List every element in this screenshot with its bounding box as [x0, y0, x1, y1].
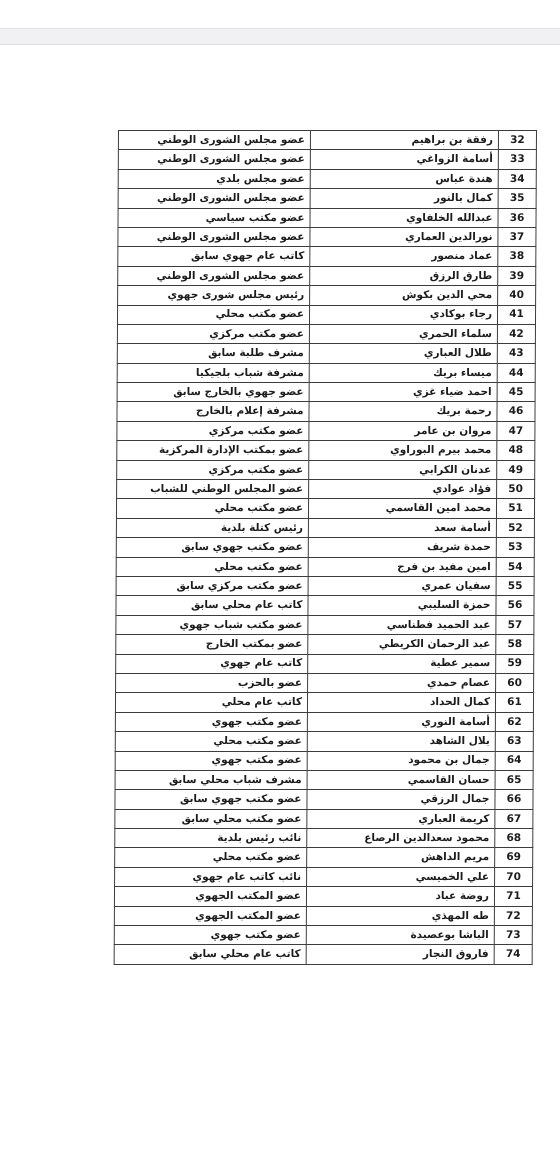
row-number-cell: 65	[495, 770, 533, 789]
members-roster-table: 32رفقة بن براهيمعضو مجلس الشورى الوطني33…	[114, 130, 537, 965]
table-row: 41رجاء بوكاديعضو مكتب محلي	[117, 305, 535, 324]
member-role-cell: عضو بمكتب الإدارة المركزية	[117, 441, 309, 460]
member-role-cell: عضو مكتب مركزي	[117, 421, 309, 440]
member-name-cell: حمزة السليبي	[308, 596, 496, 615]
row-number-cell: 70	[495, 867, 533, 886]
row-number-cell: 39	[498, 266, 536, 285]
table-row: 37نورالدين العماريعضو مجلس الشورى الوطني	[118, 227, 536, 246]
row-number-cell: 57	[496, 615, 534, 634]
member-name-cell: مروان بن عامر	[309, 421, 497, 440]
row-number-cell: 59	[496, 654, 534, 673]
member-role-cell: عضو مكتب سياسي	[118, 208, 310, 227]
table-row: 38عماد منصوركاتب عام جهوي سابق	[118, 247, 536, 266]
member-role-cell: كاتب عام جهوي	[116, 654, 308, 673]
row-number-cell: 32	[498, 131, 536, 150]
row-number-cell: 36	[498, 208, 536, 227]
row-number-cell: 74	[494, 945, 532, 964]
member-role-cell: مشرف شباب محلي سابق	[115, 770, 307, 789]
member-role-cell: عضو مجلس الشورى الوطني	[118, 266, 310, 285]
row-number-cell: 68	[495, 829, 533, 848]
table-row: 32رفقة بن براهيمعضو مجلس الشورى الوطني	[118, 131, 536, 150]
row-number-cell: 38	[498, 247, 536, 266]
table-row: 48محمد بيرم البوراويعضو بمكتب الإدارة ال…	[117, 441, 535, 460]
table-row: 63بلال الشاهدعضو مكتب محلي	[115, 732, 533, 751]
row-number-cell: 61	[495, 693, 533, 712]
member-role-cell: كاتب عام جهوي سابق	[118, 247, 310, 266]
member-name-cell: رجاء بوكادي	[309, 305, 497, 324]
row-number-cell: 50	[497, 480, 535, 499]
row-number-cell: 71	[494, 887, 532, 906]
row-number-cell: 44	[497, 363, 535, 382]
table-row: 53حمدة شريفعضو مكتب جهوي سابق	[116, 538, 534, 557]
table-row: 39طارق الرزقعضو مجلس الشورى الوطني	[118, 266, 536, 285]
member-name-cell: علي الخميسي	[307, 867, 495, 886]
member-role-cell: عضو مجلس الشورى الوطني	[118, 131, 310, 150]
table-row: 57عبد الحميد فطناسيعضو مكتب شباب جهوي	[116, 615, 534, 634]
member-name-cell: طلال العباري	[309, 344, 497, 363]
table-row: 68محمود سعدالدين الرصاعنائب رئيس بلدية	[115, 829, 533, 848]
row-number-cell: 58	[496, 635, 534, 654]
member-name-cell: محي الدين بكوش	[310, 286, 498, 305]
row-number-cell: 67	[495, 809, 533, 828]
member-name-cell: طه المهذي	[306, 906, 494, 925]
row-number-cell: 73	[494, 926, 532, 945]
member-name-cell: مريم الداهش	[307, 848, 495, 867]
row-number-cell: 45	[497, 383, 535, 402]
table-row: 33أسامة الزواغيعضو مجلس الشورى الوطني	[118, 150, 536, 169]
member-role-cell: عضو مكتب مركزي سابق	[116, 576, 308, 595]
member-role-cell: نائب كاتب عام جهوي	[115, 867, 307, 886]
table-row: 62أسامة النوريعضو مكتب جهوي	[115, 712, 533, 731]
table-row: 56حمزة السليبيكاتب عام محلي سابق	[116, 596, 534, 615]
member-role-cell: مشرفة إعلام بالخارج	[117, 402, 309, 421]
table-row: 50فؤاد عواديعضو المجلس الوطني للشباب	[117, 480, 535, 499]
member-name-cell: سفيان عمري	[308, 576, 496, 595]
member-role-cell: عضو مجلس الشورى الوطني	[118, 150, 310, 169]
row-number-cell: 56	[496, 596, 534, 615]
member-name-cell: عبدالله الخلفاوي	[310, 208, 498, 227]
table-row: 59سمير عطيةكاتب عام جهوي	[116, 654, 534, 673]
member-role-cell: عضو المجلس الوطني للشباب	[117, 480, 309, 499]
row-number-cell: 72	[494, 906, 532, 925]
scanned-document-page: 32رفقة بن براهيمعضو مجلس الشورى الوطني33…	[114, 130, 536, 965]
member-role-cell: كاتب عام محلي	[115, 693, 307, 712]
member-role-cell: عضو مكتب جهوي	[114, 926, 306, 945]
member-name-cell: سمير عطية	[308, 654, 496, 673]
member-role-cell: نائب رئيس بلدية	[115, 829, 307, 848]
table-row: 54امين مفيد بن فرجعضو مكتب محلي	[116, 557, 534, 576]
member-role-cell: عضو المكتب الجهوي	[114, 887, 306, 906]
table-row: 36عبدالله الخلفاويعضو مكتب سياسي	[118, 208, 536, 227]
member-name-cell: محمود سعدالدين الرصاع	[307, 829, 495, 848]
member-role-cell: عضو مكتب مركزي	[117, 460, 309, 479]
member-role-cell: عضو مكتب شباب جهوي	[116, 615, 308, 634]
member-name-cell: نورالدين العماري	[310, 227, 498, 246]
table-row: 69مريم الداهشعضو مكتب محلي	[115, 848, 533, 867]
member-role-cell: عضو مكتب محلي	[115, 732, 307, 751]
member-role-cell: عضو مجلس بلدي	[118, 169, 310, 188]
member-role-cell: عضو مكتب جهوي	[115, 712, 307, 731]
member-name-cell: هندة عباس	[310, 169, 498, 188]
member-name-cell: عماد منصور	[310, 247, 498, 266]
row-number-cell: 64	[495, 751, 533, 770]
row-number-cell: 66	[495, 790, 533, 809]
member-role-cell: عضو مكتب محلي سابق	[115, 809, 307, 828]
member-role-cell: عضو مكتب جهوي سابق	[115, 790, 307, 809]
table-row: 40محي الدين بكوشرئيس مجلس شورى جهوي	[118, 286, 536, 305]
member-name-cell: كمال بالنور	[310, 189, 498, 208]
row-number-cell: 55	[496, 576, 534, 595]
table-row: 55سفيان عمريعضو مكتب مركزي سابق	[116, 576, 534, 595]
row-number-cell: 69	[495, 848, 533, 867]
member-name-cell: فاروق النجار	[306, 945, 494, 964]
member-name-cell: سلماء الحمري	[309, 324, 497, 343]
member-role-cell: عضو المكتب الجهوي	[114, 906, 306, 925]
member-role-cell: رئيس مجلس شورى جهوي	[118, 286, 310, 305]
row-number-cell: 60	[496, 673, 534, 692]
table-row: 73الباشا بوعصيدةعضو مكتب جهوي	[114, 926, 532, 945]
row-number-cell: 49	[497, 460, 535, 479]
member-role-cell: كاتب عام محلي سابق	[114, 945, 306, 964]
table-row: 72طه المهذيعضو المكتب الجهوي	[114, 906, 532, 925]
table-row: 34هندة عباسعضو مجلس بلدي	[118, 169, 536, 188]
member-role-cell: عضو مكتب محلي	[116, 557, 308, 576]
row-number-cell: 46	[497, 402, 535, 421]
table-row: 51محمد امين القاسميعضو مكتب محلي	[116, 499, 534, 518]
member-role-cell: عضو مكتب جهوي سابق	[116, 538, 308, 557]
table-row: 47مروان بن عامرعضو مكتب مركزي	[117, 421, 535, 440]
chrome-strip	[0, 28, 560, 45]
member-name-cell: أسامة النوري	[307, 712, 495, 731]
member-role-cell: عضو مكتب مركزي	[117, 324, 309, 343]
row-number-cell: 63	[495, 732, 533, 751]
row-number-cell: 51	[496, 499, 534, 518]
table-row: 66جمال الرزقيعضو مكتب جهوي سابق	[115, 790, 533, 809]
table-row: 52أسامة سعدرئيس كتلة بلدية	[116, 518, 534, 537]
member-name-cell: كمال الحداد	[307, 693, 495, 712]
member-name-cell: محمد امين القاسمي	[308, 499, 496, 518]
row-number-cell: 48	[497, 441, 535, 460]
member-name-cell: احمد ضياء غزي	[309, 383, 497, 402]
table-row: 71روضة عبادعضو المكتب الجهوي	[114, 887, 532, 906]
member-name-cell: بلال الشاهد	[307, 732, 495, 751]
member-name-cell: أسامة سعد	[308, 518, 496, 537]
member-role-cell: رئيس كتلة بلدية	[116, 518, 308, 537]
member-role-cell: عضو مكتب محلي	[117, 305, 309, 324]
table-row: 43طلال العباريمشرف طلبة سابق	[117, 344, 535, 363]
member-name-cell: حمدة شريف	[308, 538, 496, 557]
member-role-cell: عضو جهوي بالخارج سابق	[117, 383, 309, 402]
member-name-cell: عدنان الكرابي	[309, 460, 497, 479]
row-number-cell: 47	[497, 421, 535, 440]
table-row: 49عدنان الكرابيعضو مكتب مركزي	[117, 460, 535, 479]
member-name-cell: ميساء بريك	[309, 363, 497, 382]
table-row: 44ميساء بريكمشرفة شباب بلجيكيا	[117, 363, 535, 382]
table-row: 65حسان القاسميمشرف شباب محلي سابق	[115, 770, 533, 789]
member-name-cell: حسان القاسمي	[307, 770, 495, 789]
member-role-cell: عضو مكتب جهوي	[115, 751, 307, 770]
row-number-cell: 62	[495, 712, 533, 731]
member-role-cell: مشرفة شباب بلجيكيا	[117, 363, 309, 382]
member-name-cell: امين مفيد بن فرج	[308, 557, 496, 576]
member-name-cell: الباشا بوعصيدة	[306, 926, 494, 945]
member-name-cell: روضة عباد	[306, 887, 494, 906]
member-name-cell: محمد بيرم البوراوي	[309, 441, 497, 460]
row-number-cell: 54	[496, 557, 534, 576]
member-name-cell: جمال الرزقي	[307, 790, 495, 809]
member-name-cell: رحمة بريك	[309, 402, 497, 421]
table-row: 70علي الخميسينائب كاتب عام جهوي	[115, 867, 533, 886]
table-row: 42سلماء الحمريعضو مكتب مركزي	[117, 324, 535, 343]
row-number-cell: 33	[498, 150, 536, 169]
member-role-cell: عضو مكتب محلي	[116, 499, 308, 518]
row-number-cell: 41	[497, 305, 535, 324]
row-number-cell: 35	[498, 189, 536, 208]
row-number-cell: 34	[498, 169, 536, 188]
table-row: 35كمال بالنورعضو مجلس الشورى الوطني	[118, 189, 536, 208]
member-name-cell: جمال بن محمود	[307, 751, 495, 770]
row-number-cell: 37	[498, 227, 536, 246]
row-number-cell: 43	[497, 344, 535, 363]
table-row: 60عصام حمديعضو بالحزب	[116, 673, 534, 692]
member-name-cell: عبد الحميد فطناسي	[308, 615, 496, 634]
member-role-cell: عضو مكتب محلي	[115, 848, 307, 867]
member-role-cell: عضو مجلس الشورى الوطني	[118, 189, 310, 208]
member-role-cell: مشرف طلبة سابق	[117, 344, 309, 363]
member-name-cell: رفقة بن براهيم	[310, 131, 498, 150]
row-number-cell: 53	[496, 538, 534, 557]
table-row: 74فاروق النجاركاتب عام محلي سابق	[114, 945, 532, 964]
member-role-cell: كاتب عام محلي سابق	[116, 596, 308, 615]
member-name-cell: أسامة الزواغي	[310, 150, 498, 169]
member-name-cell: عصام حمدي	[308, 673, 496, 692]
member-role-cell: عضو بالحزب	[116, 673, 308, 692]
row-number-cell: 52	[496, 518, 534, 537]
member-name-cell: عبد الرحمان الكريطي	[308, 635, 496, 654]
member-role-cell: عضو مجلس الشورى الوطني	[118, 227, 310, 246]
member-name-cell: طارق الرزق	[310, 266, 498, 285]
table-row: 46رحمة بريكمشرفة إعلام بالخارج	[117, 402, 535, 421]
table-row: 67كريمة العباريعضو مكتب محلي سابق	[115, 809, 533, 828]
member-name-cell: كريمة العباري	[307, 809, 495, 828]
table-row: 64جمال بن محمودعضو مكتب جهوي	[115, 751, 533, 770]
table-row: 45احمد ضياء غزيعضو جهوي بالخارج سابق	[117, 383, 535, 402]
row-number-cell: 40	[498, 286, 536, 305]
table-row: 58عبد الرحمان الكريطيعضو بمكتب الخارج	[116, 635, 534, 654]
row-number-cell: 42	[497, 324, 535, 343]
roster-table-body: 32رفقة بن براهيمعضو مجلس الشورى الوطني33…	[114, 131, 536, 965]
table-row: 61كمال الحدادكاتب عام محلي	[115, 693, 533, 712]
member-role-cell: عضو بمكتب الخارج	[116, 635, 308, 654]
member-name-cell: فؤاد عوادي	[309, 480, 497, 499]
